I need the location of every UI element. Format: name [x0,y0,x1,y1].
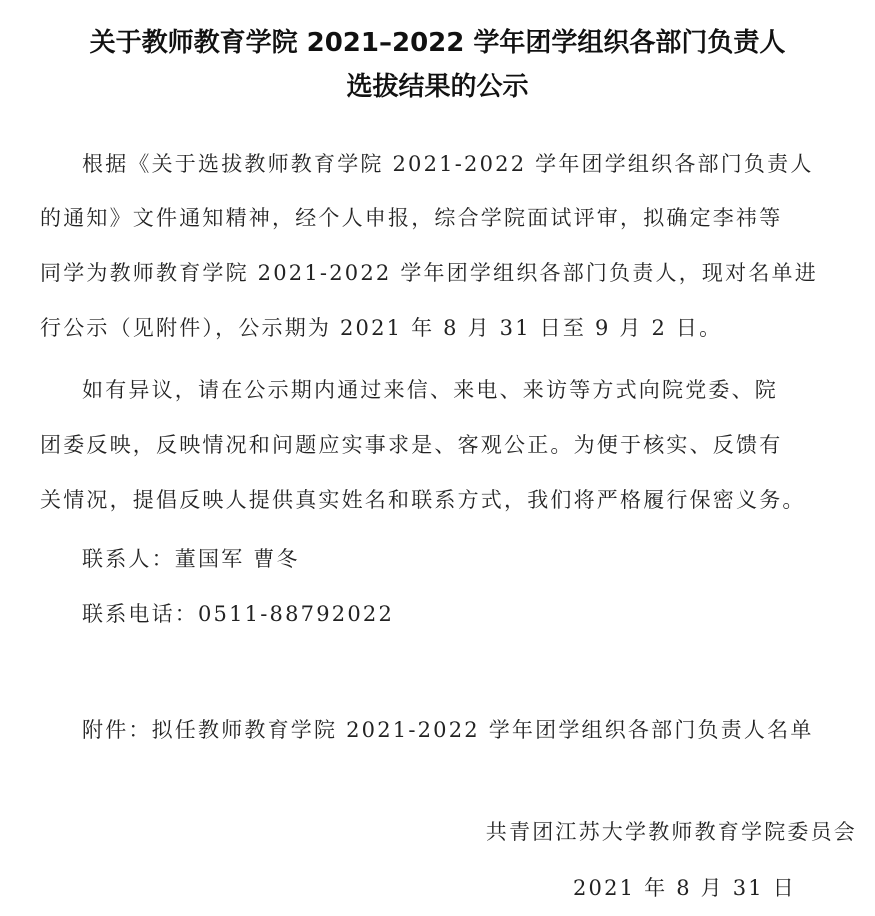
paragraph-line: 同学为教师教育学院 2021-2022 学年团学组织各部门负责人，现对名单进 [40,257,818,287]
attachment-note: 附件：拟任教师教育学院 2021-2022 学年团学组织各部门负责人名单 [82,714,814,744]
paragraph-line: 关情况，提倡反映人提供真实姓名和联系方式，我们将严格履行保密义务。 [40,484,806,514]
paragraph-line: 根据《关于选拔教师教育学院 2021-2022 学年团学组织各部门负责人 [82,148,814,178]
contact-person: 联系人：董国军 曹冬 [82,543,300,573]
issuer-signature: 共青团江苏大学教师教育学院委员会 [486,816,857,846]
document-title-line-2: 选拔结果的公示 [0,66,875,103]
paragraph-line: 行公示（见附件），公示期为 2021 年 8 月 31 日至 9 月 2 日。 [40,312,722,342]
paragraph-line: 的通知》文件通知精神，经个人申报，综合学院面试评审，拟确定李祎等 [40,202,782,232]
document-title-line-1: 关于教师教育学院 2021–2022 学年团学组织各部门负责人 [0,22,875,59]
paragraph-line: 团委反映，反映情况和问题应实事求是、客观公正。为便于核实、反馈有 [40,429,782,459]
issue-date: 2021 年 8 月 31 日 [573,872,796,902]
contact-phone: 联系电话：0511-88792022 [82,598,394,628]
paragraph-line: 如有异议，请在公示期内通过来信、来电、来访等方式向院党委、院 [82,374,778,404]
